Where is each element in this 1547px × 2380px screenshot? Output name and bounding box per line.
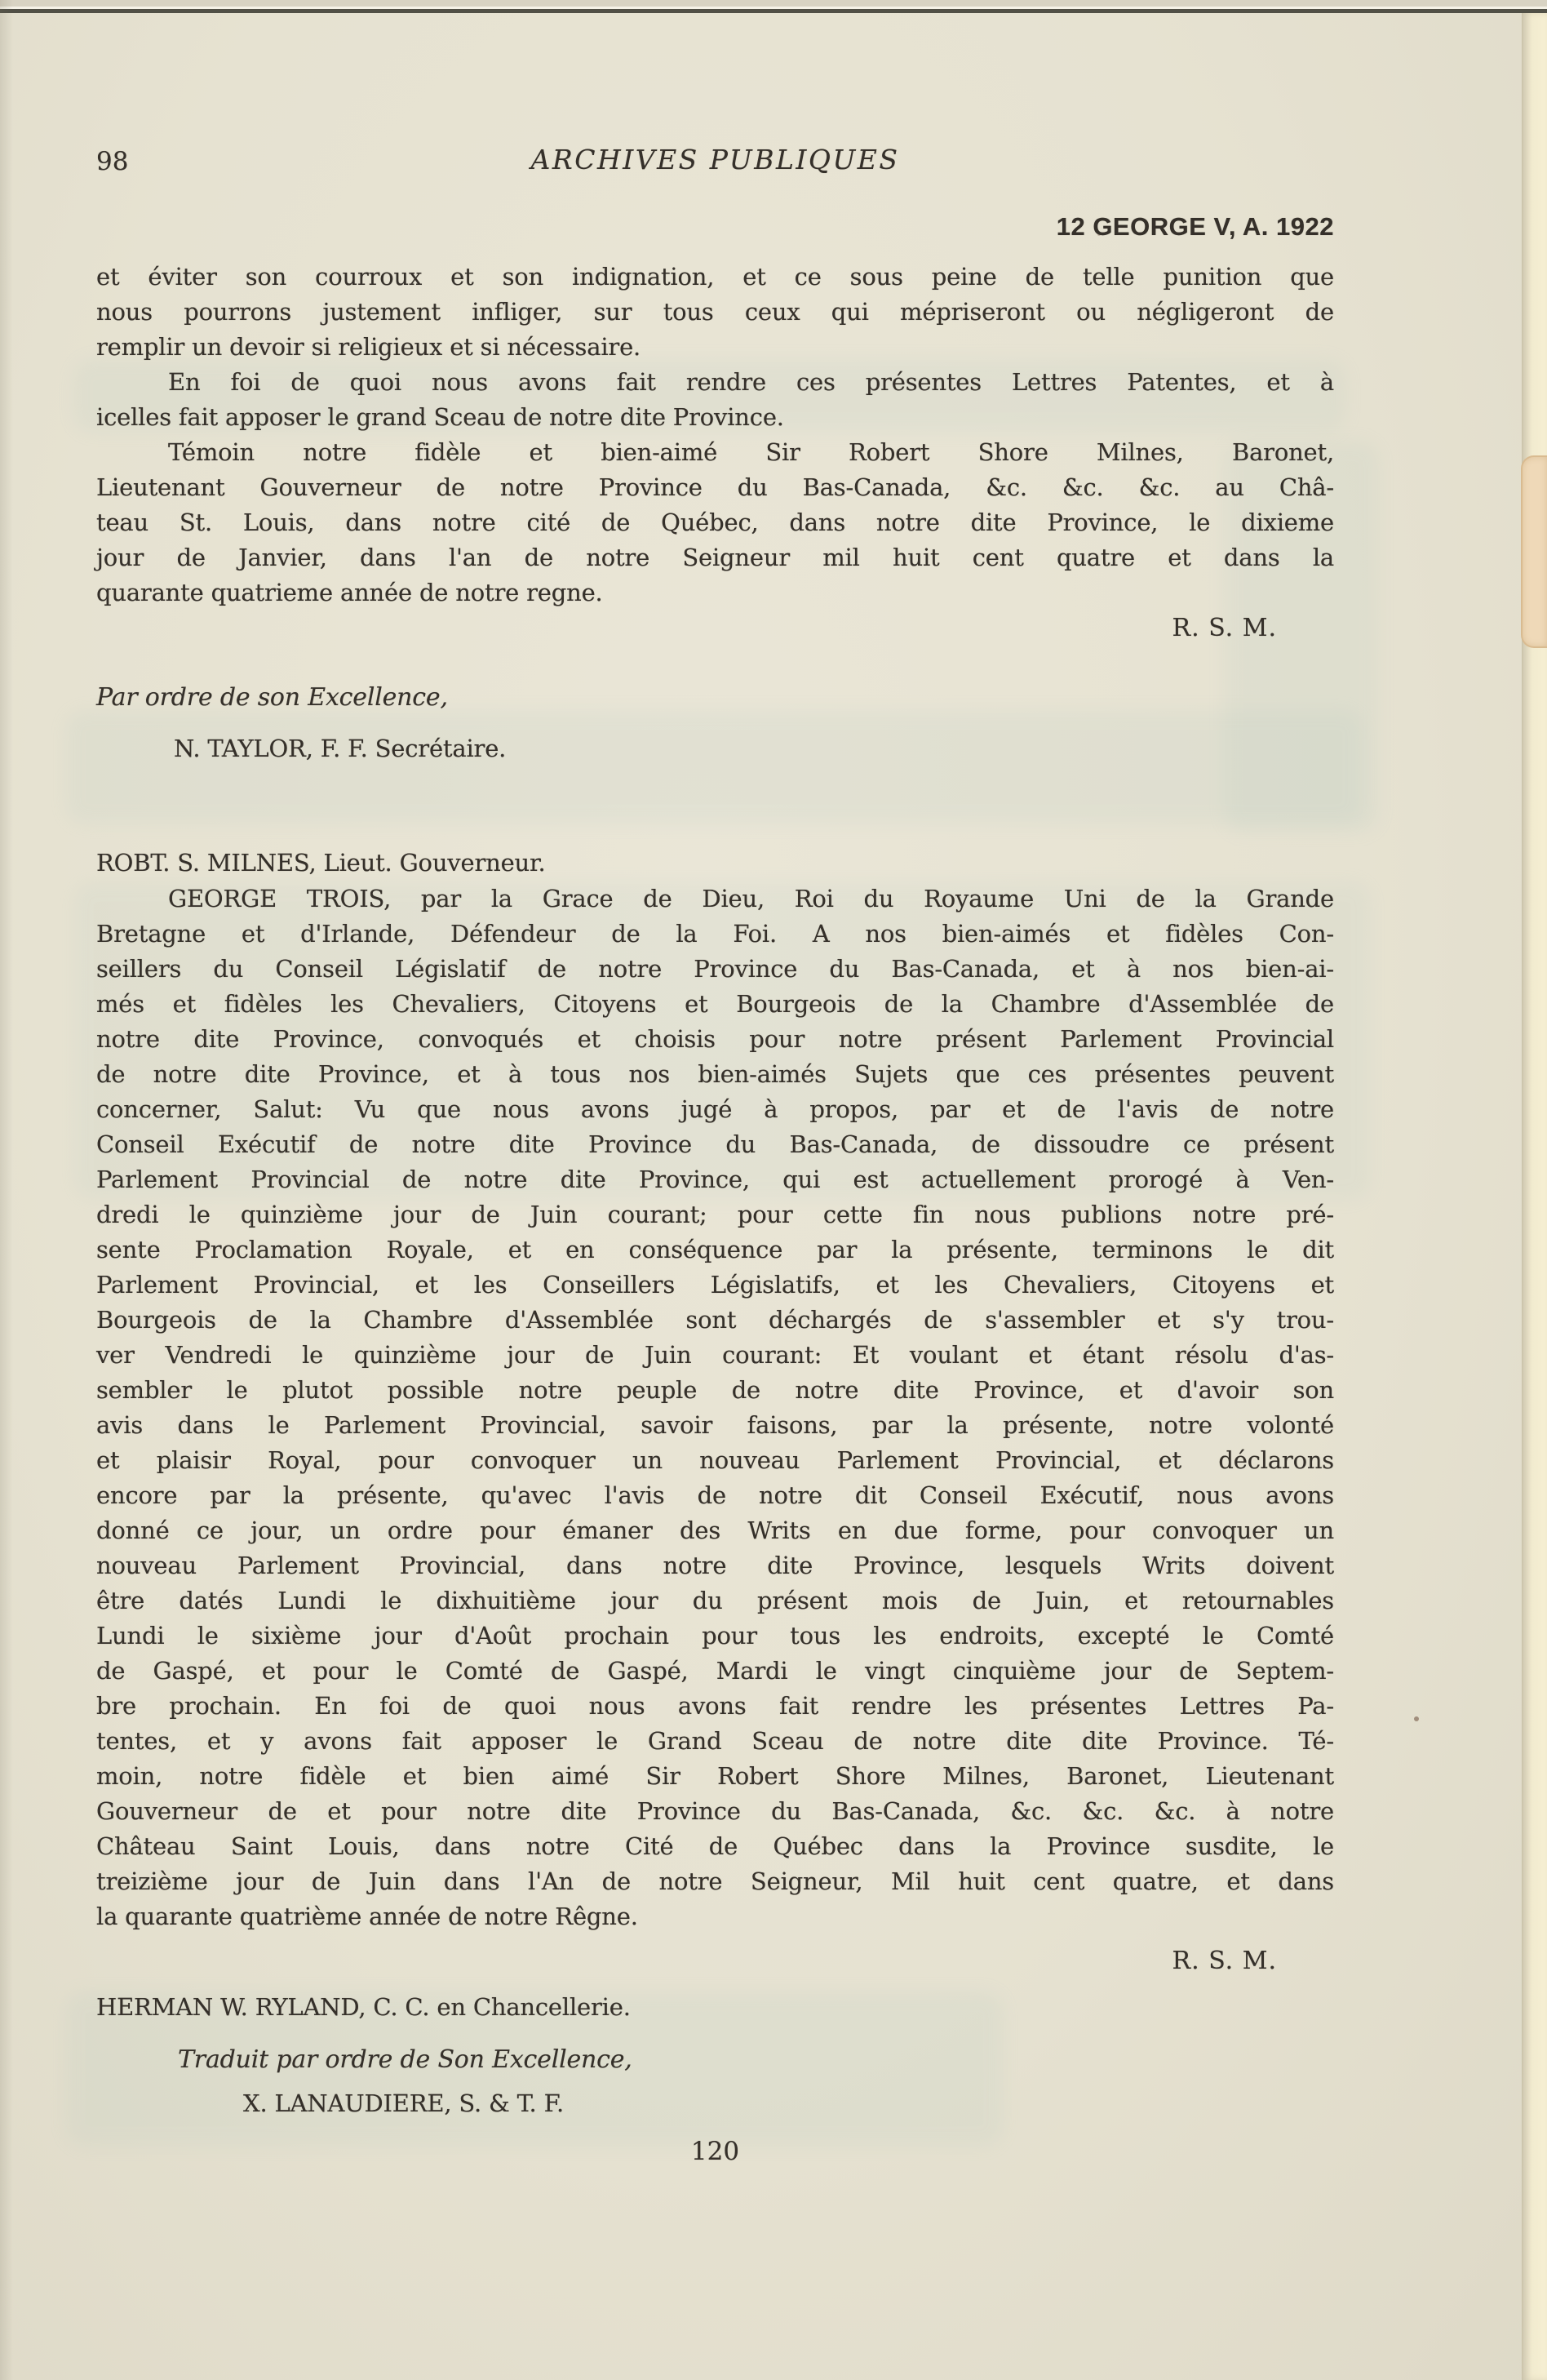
text-line: seillers du Conseil Législatif de notre …: [96, 952, 1334, 987]
text-line: nouveau Parlement Provincial, dans notre…: [96, 1548, 1334, 1583]
text-line: GEORGE TROIS, par la Grace de Dieu, Roi …: [96, 881, 1334, 917]
text-line: encore par la présente, qu'avec l'avis d…: [96, 1478, 1334, 1513]
text-line: Lundi le sixième jour d'Août prochain po…: [96, 1618, 1334, 1654]
signature-initials: R. S. M.: [96, 614, 1334, 642]
text-line: En foi de quoi nous avons fait rendre ce…: [96, 365, 1334, 400]
text-line: et plaisir Royal, pour convoquer un nouv…: [96, 1443, 1334, 1478]
text-line: tentes, et y avons fait apposer le Grand…: [96, 1724, 1334, 1759]
text-line: dredi le quinzième jour de Juin courant;…: [96, 1197, 1334, 1232]
running-header: ARCHIVES PUBLIQUES: [96, 144, 1334, 175]
translation-note-line: Traduit par ordre de Son Excellence,: [96, 2042, 1334, 2077]
text-line: quarante quatrieme année de notre regne.: [96, 575, 1334, 611]
text-line: Bourgeois de la Chambre d'Assemblée sont…: [96, 1303, 1334, 1338]
text-line: de notre dite Province, et à tous nos bi…: [96, 1057, 1334, 1092]
text-line: Témoin notre fidèle et bien-aimé Sir Rob…: [96, 435, 1334, 470]
text-line: de Gaspé, et pour le Comté de Gaspé, Mar…: [96, 1654, 1334, 1689]
scanned-book-page: { "colors":{ "paper":"#e6e2d1","paper_hi…: [0, 0, 1547, 2380]
text-line: ver Vendredi le quinzième jour de Juin c…: [96, 1338, 1334, 1373]
paragraph-en-foi: En foi de quoi nous avons fait rendre ce…: [96, 365, 1334, 435]
text-line: être datés Lundi le dixhuitième jour du …: [96, 1583, 1334, 1618]
text-line: Parlement Provincial, et les Conseillers…: [96, 1268, 1334, 1303]
text-line: donné ce jour, un ordre pour émaner des …: [96, 1513, 1334, 1548]
text-line: remplir un devoir si religieux et si néc…: [96, 330, 1334, 365]
text-line: et éviter son courroux et son indignatio…: [96, 260, 1334, 295]
text-line: icelles fait apposer le grand Sceau de n…: [96, 400, 1334, 435]
scan-speck: [1414, 1716, 1419, 1721]
secretary-signature-line: N. TAYLOR, F. F. Secrétaire.: [96, 731, 1334, 766]
translator-signature-line: X. LANAUDIERE, S. & T. F.: [96, 2086, 1334, 2121]
text-line: nous pourrons justement infliger, sur to…: [96, 295, 1334, 330]
text-line: teau St. Louis, dans notre cité de Québe…: [96, 505, 1334, 540]
page-number-bottom: 120: [96, 2137, 1334, 2166]
fore-edge-strip: [1522, 13, 1547, 2380]
text-line: bre prochain. En foi de quoi nous avons …: [96, 1689, 1334, 1724]
text-line: Parlement Provincial de notre dite Provi…: [96, 1162, 1334, 1197]
text-line: avis dans le Parlement Provincial, savoi…: [96, 1408, 1334, 1443]
text-line: Conseil Exécutif de notre dite Province …: [96, 1127, 1334, 1162]
text-line: Lieutenant Gouverneur de notre Province …: [96, 470, 1334, 505]
text-line: sembler le plutot possible notre peuple …: [96, 1373, 1334, 1408]
paragraph-continuation: et éviter son courroux et son indignatio…: [96, 260, 1334, 365]
text-line: notre dite Province, convoqués et choisi…: [96, 1022, 1334, 1057]
governor-heading-line: ROBT. S. MILNES, Lieut. Gouverneur.: [96, 846, 1334, 881]
text-line: la quarante quatrième année de notre Rêg…: [96, 1899, 1334, 1934]
text-line: Gouverneur de et pour notre dite Provinc…: [96, 1794, 1334, 1829]
text-line: Bretagne et d'Irlande, Défendeur de la F…: [96, 917, 1334, 952]
text-line: treizième jour de Juin dans l'An de notr…: [96, 1864, 1334, 1899]
scan-left-shadow: [0, 0, 13, 2380]
chancellery-signature-line: HERMAN W. RYLAND, C. C. en Chancellerie.: [96, 1990, 1334, 2025]
session-header: 12 GEORGE V, A. 1922: [96, 212, 1334, 242]
text-line: sente Proclamation Royale, et en conséqu…: [96, 1232, 1334, 1268]
proclamation-body: GEORGE TROIS, par la Grace de Dieu, Roi …: [96, 881, 1334, 1934]
text-column: 98 ARCHIVES PUBLIQUES 12 GEORGE V, A. 19…: [96, 0, 1334, 2380]
text-line: moin, notre fidèle et bien aimé Sir Robe…: [96, 1759, 1334, 1794]
text-line: més et fidèles les Chevaliers, Citoyens …: [96, 987, 1334, 1022]
text-line: jour de Janvier, dans l'an de notre Seig…: [96, 540, 1334, 575]
signature-initials: R. S. M.: [96, 1947, 1334, 1975]
paragraph-temoin: Témoin notre fidèle et bien-aimé Sir Rob…: [96, 435, 1334, 611]
order-attestation-line: Par ordre de son Excellence,: [96, 680, 1334, 715]
text-line: Château Saint Louis, dans notre Cité de …: [96, 1829, 1334, 1864]
page-tab: [1521, 455, 1547, 648]
text-line: concerner, Salut: Vu que nous avons jugé…: [96, 1092, 1334, 1127]
